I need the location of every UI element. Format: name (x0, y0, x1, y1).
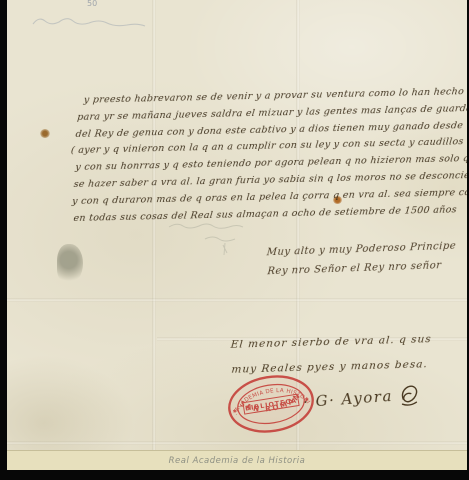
address-block: Muy alto y muy Poderoso Principe Rey nro… (266, 237, 457, 282)
fold-crease (7, 298, 467, 302)
pencil-folio-number: 50 (87, 0, 97, 8)
fold-crease (7, 441, 467, 445)
pencil-scribble (31, 12, 149, 34)
paper-stain (57, 244, 83, 284)
bottom-band: Real Academia de la Historia (7, 450, 467, 470)
manuscript-page: 50 y preesto habrevaron se de venir y a … (7, 0, 467, 470)
stamp-ornament-right: ✱ (304, 397, 309, 404)
paper-stain (40, 129, 50, 138)
manuscript-text-block: y preesto habrevaron se de venir y a pro… (70, 85, 437, 228)
manuscript-photo: 50 y preesto habrevaron se de venir y a … (0, 0, 469, 480)
library-stamp: R. ACADEMIA DE LA HISTORIA BIBLIOTECA SA… (222, 366, 321, 441)
signature: · G· Ayora (302, 381, 421, 415)
signature-rubric-icon (396, 381, 422, 409)
fold-crease (152, 0, 156, 470)
watermark-caption: Real Academia de la Historia (169, 456, 306, 466)
stamp-ornament-left: ✱ (232, 408, 237, 415)
pencil-annotation (165, 219, 265, 255)
